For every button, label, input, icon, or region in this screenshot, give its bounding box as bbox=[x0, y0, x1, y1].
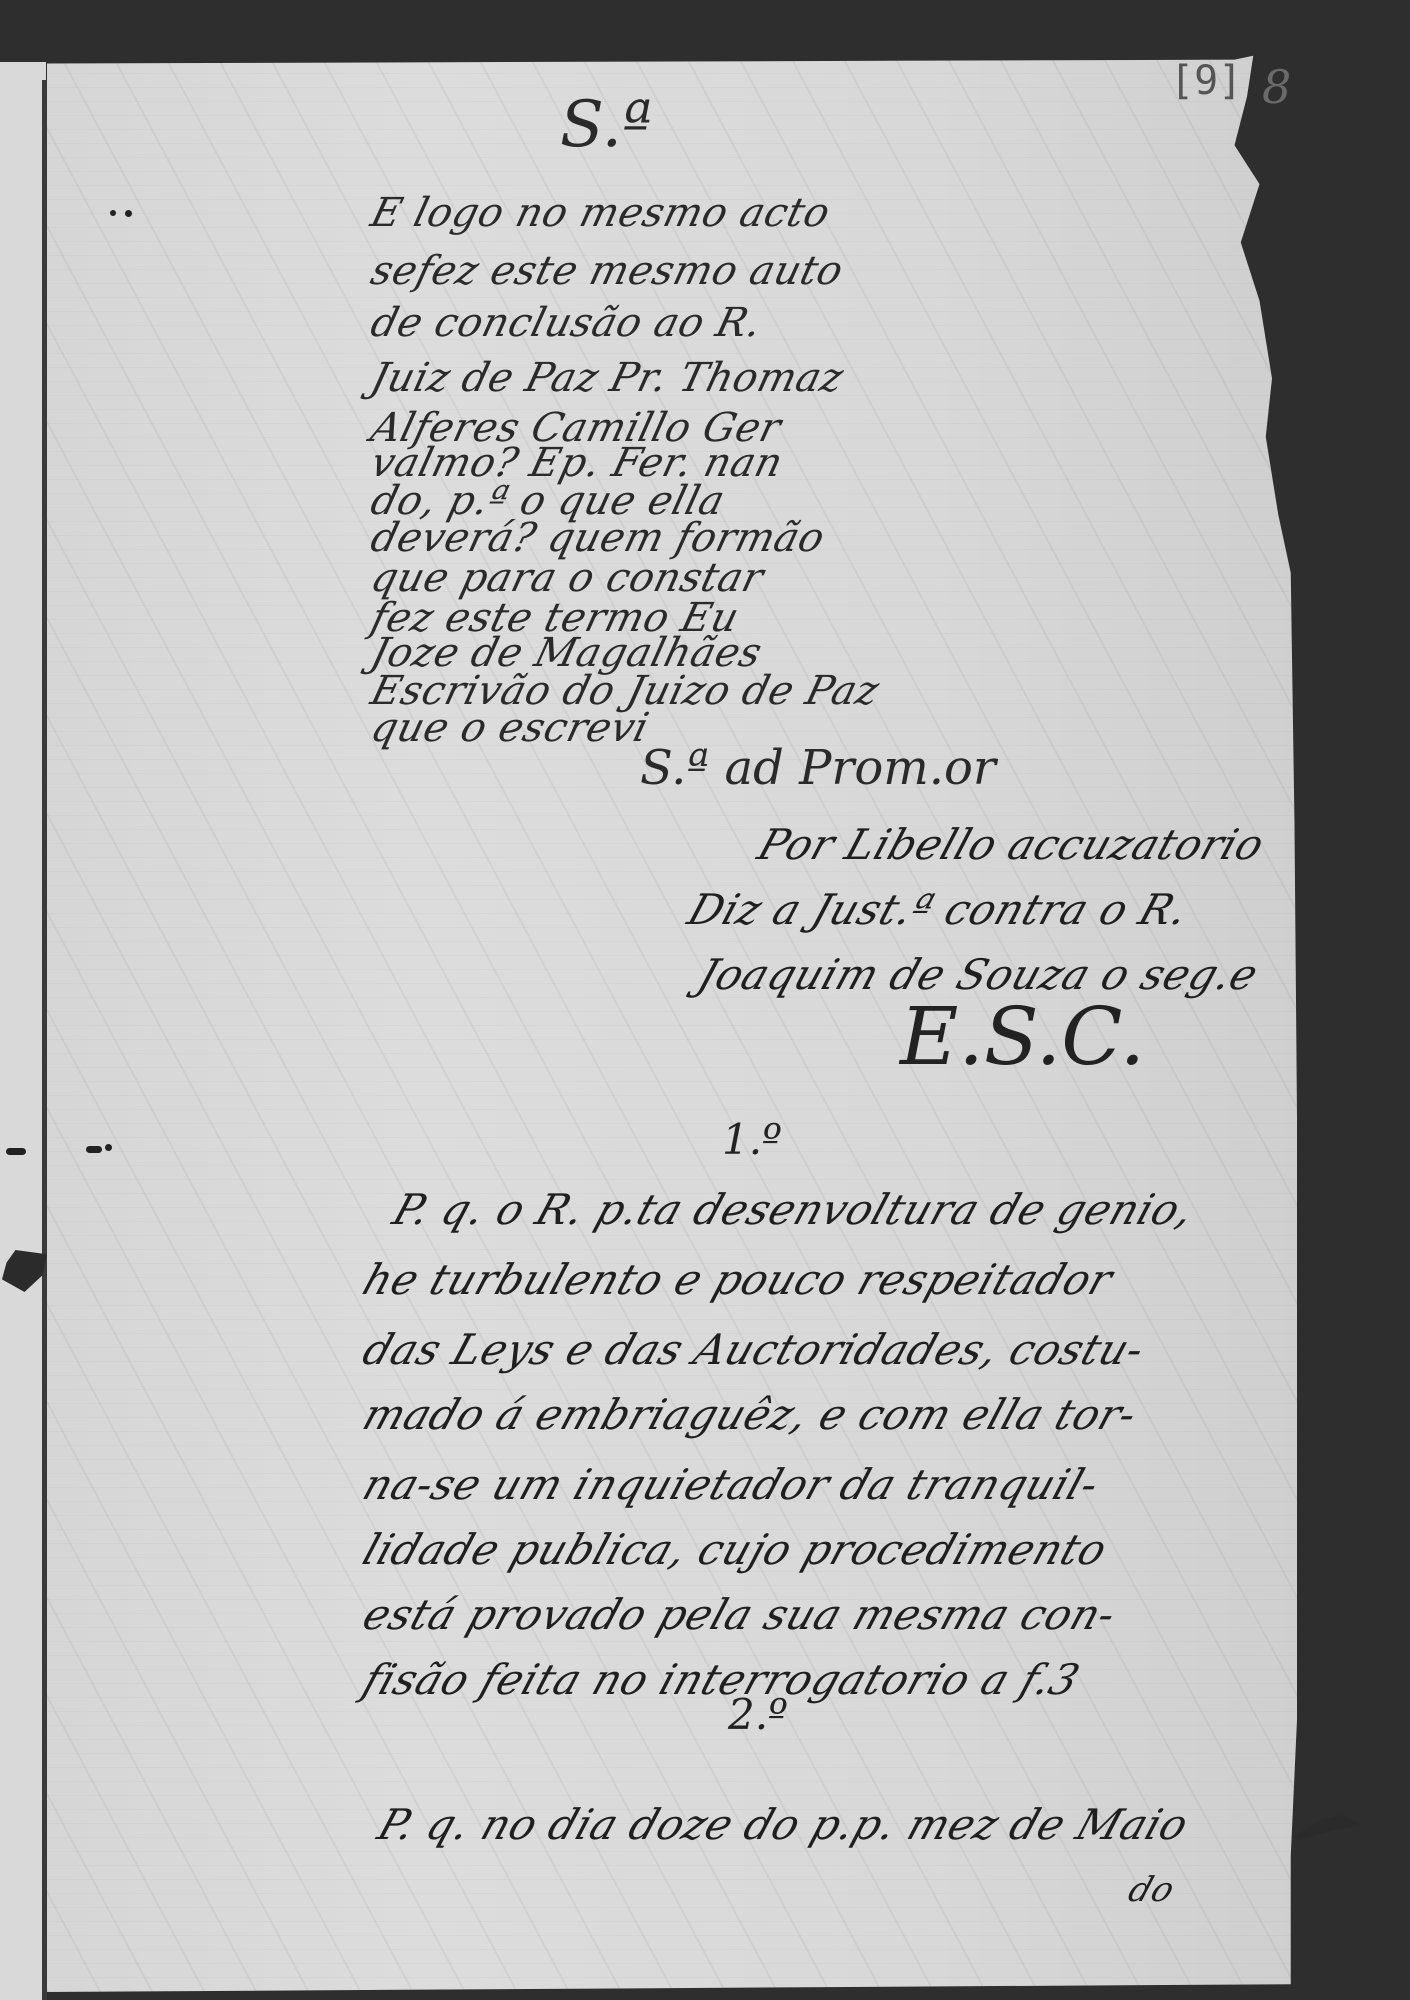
ink-speck bbox=[110, 210, 116, 216]
article-line: P. q. no dia doze do p.p. mez de Maio bbox=[372, 1800, 1195, 1849]
entry-line: que o escrevi bbox=[366, 705, 653, 751]
previous-leaf-edge bbox=[0, 62, 46, 2000]
entry-signature: S.ª ad Prom.or bbox=[640, 740, 996, 796]
folio-stamp: [9] bbox=[1170, 58, 1242, 104]
entry-line: Juiz de Paz Pr. Thomaz bbox=[366, 355, 848, 401]
article-number: 2.º bbox=[728, 1690, 788, 1739]
entry-line: de conclusão ao R. bbox=[366, 300, 766, 346]
article-line: he turbulento e pouco respeitador bbox=[357, 1255, 1119, 1304]
article-line: das Leys e das Auctoridades, costu- bbox=[357, 1325, 1151, 1374]
article-line: na-se um inquietador da tranquil- bbox=[357, 1460, 1105, 1509]
article-line: está provado pela sua mesma con- bbox=[357, 1590, 1122, 1639]
folio-number-handwritten: 8 bbox=[1262, 60, 1291, 114]
ink-speck bbox=[105, 1144, 112, 1151]
article-line: mado á embriaguêz, e com ella tor- bbox=[357, 1390, 1143, 1439]
binding-gutter-line bbox=[42, 80, 47, 2000]
article-line: fisão feita no interrogatorio a f.3 bbox=[357, 1655, 1086, 1704]
entry-line: E logo no mesmo acto bbox=[366, 190, 834, 236]
article-line: lidade publica, cujo procedimento bbox=[357, 1525, 1113, 1574]
libel-line: Diz a Just.ª contra o R. bbox=[682, 885, 1195, 934]
libel-line: Por Libello accuzatorio bbox=[752, 820, 1271, 869]
fold-mark bbox=[6, 1148, 26, 1155]
abbreviation-flourish: E.S.C. bbox=[900, 990, 1145, 1083]
ink-speck bbox=[125, 210, 132, 217]
heading-mark: S.ª bbox=[560, 88, 652, 162]
article-number: 1.º bbox=[722, 1115, 782, 1164]
entry-line: sefez este mesmo auto bbox=[366, 248, 848, 294]
fold-mark bbox=[86, 1146, 102, 1153]
article-line: P. q. o R. p.ta desenvoltura de genio, bbox=[387, 1185, 1200, 1234]
